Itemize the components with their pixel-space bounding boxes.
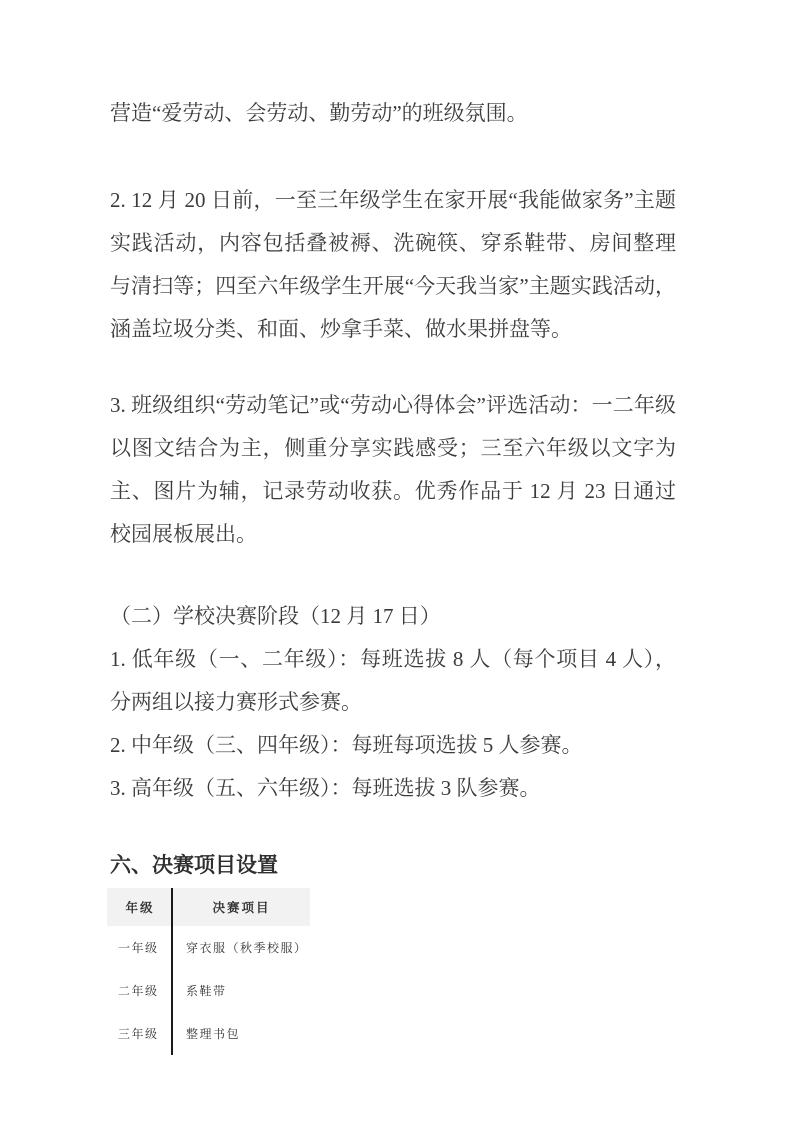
cell-grade-2: 二年级 <box>107 982 173 999</box>
table-row: 三年级 整理书包 <box>107 1012 310 1055</box>
table-header-grade: 年级 <box>107 898 173 916</box>
paragraph-practice-item-2: 2. 12 月 20 日前，一至三年级学生在家开展“我能做家务”主题实践活动，内… <box>110 179 676 351</box>
cell-project-1: 穿衣服（秋季校服） <box>173 939 310 956</box>
stage2-item-high-grades: 3. 高年级（五、六年级）：每班选拔 3 队参赛。 <box>110 767 676 810</box>
finals-projects-table: 年级 决赛项目 一年级 穿衣服（秋季校服） 二年级 系鞋带 三年级 整理书包 <box>107 888 310 1055</box>
cell-grade-3: 三年级 <box>107 1025 173 1042</box>
document-body: 营造“爱劳动、会劳动、勤劳动”的班级氛围。 2. 12 月 20 日前，一至三年… <box>110 92 676 1055</box>
stage2-heading: （二）学校决赛阶段（12 月 17 日） <box>110 595 676 638</box>
document-page: 营造“爱劳动、会劳动、勤劳动”的班级氛围。 2. 12 月 20 日前，一至三年… <box>0 0 793 1122</box>
paragraph-practice-item-3: 3. 班级组织“劳动笔记”或“劳动心得体会”评选活动：一二年级以图文结合为主，侧… <box>110 384 676 556</box>
table-row: 二年级 系鞋带 <box>107 969 310 1012</box>
cell-project-3: 整理书包 <box>173 1025 310 1042</box>
cell-grade-1: 一年级 <box>107 939 173 956</box>
stage2-section: （二）学校决赛阶段（12 月 17 日） 1. 低年级（一、二年级）：每班选拔 … <box>110 595 676 810</box>
table-header-row: 年级 决赛项目 <box>107 888 310 926</box>
table-header-project: 决赛项目 <box>173 898 310 916</box>
stage2-item-low-grades: 1. 低年级（一、二年级）：每班选拔 8 人（每个项目 4 人），分两组以接力赛… <box>110 638 676 724</box>
table-row: 一年级 穿衣服（秋季校服） <box>107 926 310 969</box>
stage2-item-middle-grades: 2. 中年级（三、四年级）：每班每项选拔 5 人参赛。 <box>110 724 676 767</box>
table-column-divider <box>171 888 173 1055</box>
section6-heading: 六、决赛项目设置 <box>110 844 676 887</box>
paragraph-intro: 营造“爱劳动、会劳动、勤劳动”的班级氛围。 <box>110 92 676 135</box>
cell-project-2: 系鞋带 <box>173 982 310 999</box>
